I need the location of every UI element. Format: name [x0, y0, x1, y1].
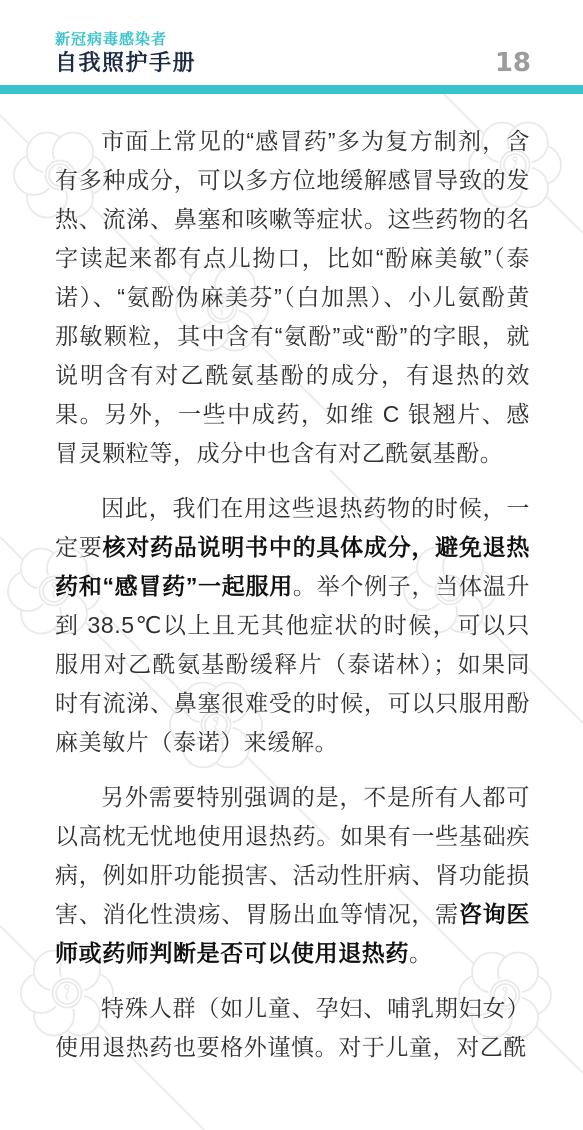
body-text: 市面上常见的“感冒药”多为复方制剂，含有多种成分，可以多方位地缓解感冒导致的发热…: [55, 128, 530, 466]
paragraph: 另外需要特别强调的是，不是所有人都可以高枕无忧地使用退热药。如果有一些基础疾病，…: [55, 778, 530, 973]
body-text: 特殊人群（如儿童、孕妇、哺乳期妇女）使用退热药也要格外谨慎。对于儿童，对乙酰: [55, 995, 530, 1060]
paragraph: 因此，我们在用这些退热药物的时候，一定要核对药品说明书中的具体成分，避免退热药和…: [55, 489, 530, 762]
body-text: 。: [409, 940, 433, 966]
article-body: 市面上常见的“感冒药”多为复方制剂，含有多种成分，可以多方位地缓解感冒导致的发热…: [0, 94, 583, 1067]
header-titles: 新冠病毒感染者 自我照护手册: [55, 31, 196, 76]
page-container: 新冠病毒感染者 自我照护手册 18 市面上常见的“感冒药”多为复方制剂，含有多种…: [0, 0, 583, 1130]
body-text: 。举个例子，当体温升到 38.5℃以上且无其他症状的时候，可以只服用对乙酰氨基酚…: [55, 573, 530, 755]
header-divider: [0, 85, 583, 94]
header: 新冠病毒感染者 自我照护手册 18: [0, 0, 583, 76]
book-title: 自我照护手册: [55, 49, 196, 76]
paragraph: 市面上常见的“感冒药”多为复方制剂，含有多种成分，可以多方位地缓解感冒导致的发热…: [55, 122, 530, 473]
series-title: 新冠病毒感染者: [55, 31, 196, 49]
paragraph: 特殊人群（如儿童、孕妇、哺乳期妇女）使用退热药也要格外谨慎。对于儿童，对乙酰: [55, 989, 530, 1067]
page-number: 18: [495, 50, 531, 76]
